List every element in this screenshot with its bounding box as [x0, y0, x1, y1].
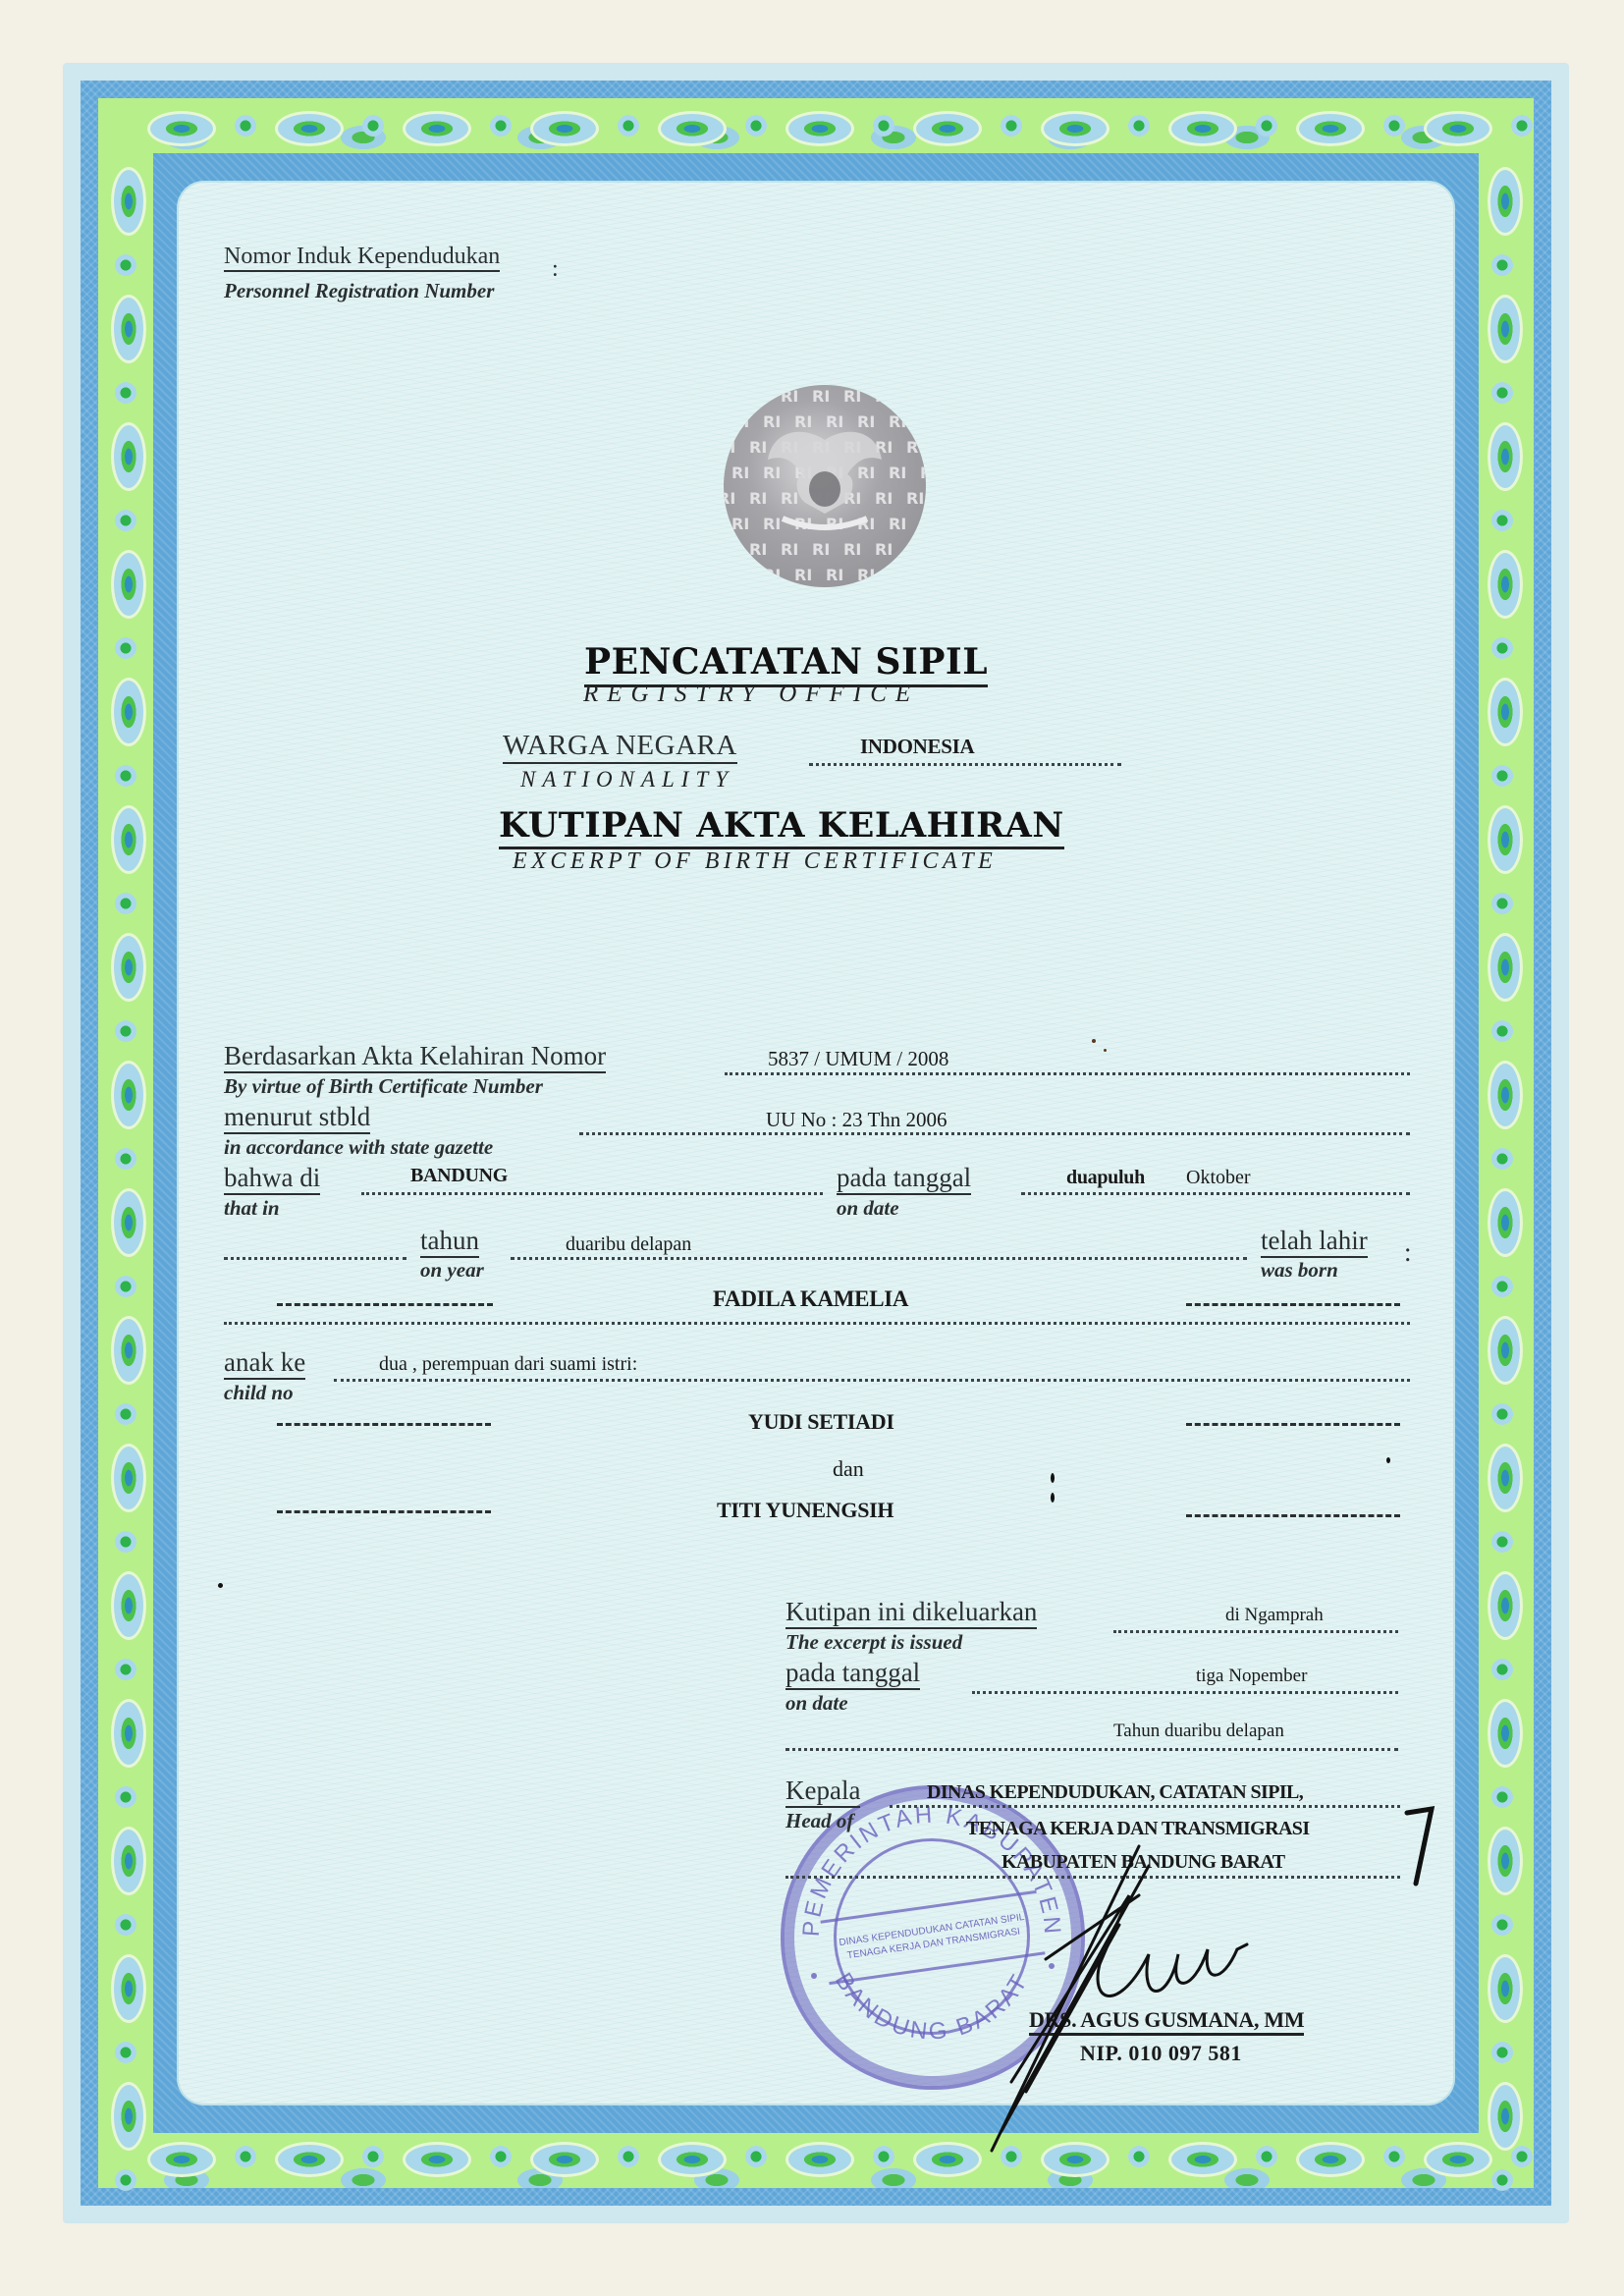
cert-number-value: 5837 / UMUM / 2008 [768, 1047, 948, 1071]
border-ornament [111, 422, 146, 491]
emblem-pattern-text: RI [906, 540, 924, 559]
border-ornament [1488, 678, 1523, 746]
emblem-pattern-text: RI [906, 438, 924, 457]
issued-year-dotted-line [785, 1748, 1398, 1751]
nik-label: Nomor Induk Kependudukan [224, 245, 500, 272]
border-ornament [1491, 1914, 1513, 1936]
border-ornament [618, 115, 639, 137]
border-ornament [111, 678, 146, 746]
emblem-pattern-text: RI [724, 540, 735, 559]
emblem-pattern-text: RI [889, 566, 906, 584]
border-ornament [1491, 1786, 1513, 1808]
office-line-1: DINAS KEPENDUDUKAN, CATATAN SIPIL, [927, 1781, 1303, 1804]
emblem-pattern-text: RI [731, 412, 749, 431]
emblem-pattern-text: RI [812, 540, 830, 559]
border-ornament [111, 933, 146, 1002]
border-ornament [111, 1061, 146, 1129]
border-ornament [873, 2146, 894, 2167]
emblem-pattern-text: RI [875, 540, 893, 559]
stain [1051, 1493, 1055, 1503]
office-line-1-dotted [890, 1805, 1400, 1808]
issued-year: Tahun duaribu delapan [1113, 1721, 1284, 1742]
birthdate-label-en: on date [837, 1198, 899, 1219]
border-ornament [785, 111, 854, 146]
border-ornament [1511, 2146, 1533, 2167]
initial-mark-icon [1402, 1803, 1441, 1891]
emblem-pattern-text: RI [906, 387, 924, 406]
born-label-en: was born [1261, 1260, 1338, 1281]
emblem-pattern-text: RI [920, 412, 926, 431]
mother-name: TITI YUNENGSIH [717, 1498, 893, 1523]
border-ornament [403, 111, 471, 146]
border-ornament [1488, 1699, 1523, 1768]
border-ornament [1001, 115, 1022, 137]
border-ornament [618, 2146, 639, 2167]
emblem-pattern-text: RI [731, 464, 749, 482]
border-ornament [115, 1786, 136, 1808]
emblem-pattern-text: RI [731, 515, 749, 533]
issued-label: Kutipan ini dikeluarkan [785, 1599, 1037, 1629]
child-name-left-dashes [277, 1303, 493, 1306]
border-ornament [1491, 1531, 1513, 1553]
border-ornament [1491, 1020, 1513, 1042]
father-right-dashes [1186, 1423, 1400, 1426]
birthyear-value: duaribu delapan [566, 1233, 691, 1256]
border-ornament [111, 1316, 146, 1385]
border-ornament [111, 1571, 146, 1640]
border-ornament [1488, 933, 1523, 1002]
garuda-icon [763, 420, 887, 538]
border-ornament [111, 1444, 146, 1512]
border-ornament [745, 115, 767, 137]
border-ornament [115, 1659, 136, 1680]
border-ornament [115, 765, 136, 787]
border-ornament [1488, 1188, 1523, 1257]
emblem-pattern-text: RI [749, 540, 767, 559]
document-title-en: EXCERPT OF BIRTH CERTIFICATE [513, 848, 997, 875]
border-ornament [1488, 295, 1523, 363]
border-ornament [658, 2142, 727, 2177]
nationality-dotted-line [809, 763, 1121, 766]
border-ornament [115, 1148, 136, 1170]
child-name-dotted-line [224, 1322, 1410, 1325]
emblem-pattern-text: RI [826, 566, 843, 584]
emblem-pattern-text: RI [920, 566, 926, 584]
border-ornament [1488, 1571, 1523, 1640]
border-ornament [1383, 2146, 1405, 2167]
issued-place: di Ngamprah [1225, 1605, 1324, 1626]
border-ornament [275, 111, 344, 146]
border-ornament [1488, 1316, 1523, 1385]
child-order-dotted-line [334, 1379, 1410, 1382]
border-ornament [1488, 805, 1523, 874]
gazette-dotted-line [579, 1132, 1410, 1135]
emblem-pattern-text: RI [812, 387, 830, 406]
border-ornament [115, 2042, 136, 2063]
border-ornament [115, 1914, 136, 1936]
issued-place-dotted-line [1113, 1630, 1398, 1633]
emblem-pattern-text: RI [763, 566, 781, 584]
border-ornament [111, 805, 146, 874]
emblem-pattern-text: RI [749, 387, 767, 406]
birthplace-label: bahwa di [224, 1165, 320, 1195]
gazette-value: UU No : 23 Thn 2006 [766, 1108, 947, 1132]
child-order-label-en: child no [224, 1383, 294, 1403]
birthdate-dotted-line [1021, 1192, 1410, 1195]
head-label: Kepala [785, 1777, 860, 1808]
border-ornament [275, 2142, 344, 2177]
issued-date-label: pada tanggal [785, 1660, 920, 1690]
cert-number-label: Berdasarkan Akta Kelahiran Nomor [224, 1043, 606, 1073]
border-ornament [115, 893, 136, 914]
border-ornament [1491, 637, 1513, 659]
border-ornament [111, 1699, 146, 1768]
border-ornament [1424, 111, 1492, 146]
head-label-en: Head of [785, 1811, 853, 1831]
gazette-label: menurut stbld [224, 1104, 370, 1134]
gazette-label-en: in accordance with state gazette [224, 1137, 493, 1158]
border-ornament [115, 382, 136, 404]
mother-left-dashes [277, 1510, 491, 1513]
border-ornament [1491, 254, 1513, 276]
border-ornament [1491, 510, 1513, 531]
born-colon: : [1404, 1239, 1412, 1266]
border-ornament [147, 111, 216, 146]
border-ornament [1491, 2169, 1513, 2191]
birthdate-month: Oktober [1186, 1167, 1251, 1189]
born-label: telah lahir [1261, 1228, 1368, 1258]
border-ornament [235, 2146, 256, 2167]
border-ornament [1488, 1954, 1523, 2023]
border-ornament [111, 550, 146, 619]
border-ornament [785, 2142, 854, 2177]
child-name: FADILA KAMELIA [713, 1286, 908, 1312]
emblem-pattern-text: RI [857, 566, 875, 584]
issued-date: tiga Nopember [1196, 1666, 1307, 1687]
father-left-dashes [277, 1423, 491, 1426]
cert-number-dotted-line [725, 1072, 1410, 1075]
birthyear-label: tahun [420, 1228, 479, 1258]
border-ornament [1488, 1061, 1523, 1129]
border-ornament [530, 111, 599, 146]
border-ornament [1488, 2082, 1523, 2151]
border-ornament [913, 111, 982, 146]
border-ornament [658, 111, 727, 146]
emblem-pattern-text: RI [843, 387, 861, 406]
border-ornament [490, 2146, 512, 2167]
border-ornament [1383, 115, 1405, 137]
border-ornament [1488, 422, 1523, 491]
stain [1051, 1473, 1055, 1483]
garuda-hologram-icon: RIRIRIRIRIRIRIRIRIRIRIRIRIRIRIRIRIRIRIRI… [724, 385, 926, 587]
border-ornament [403, 2142, 471, 2177]
birthdate-day: duapuluh [1066, 1167, 1145, 1189]
border-ornament [115, 1531, 136, 1553]
border-ornament [111, 2082, 146, 2151]
emblem-pattern-text: RI [781, 387, 798, 406]
child-order-value: dua , perempuan dari suami istri: [379, 1353, 637, 1376]
stain [1104, 1049, 1107, 1052]
border-ornament [115, 1403, 136, 1425]
nationality-value: INDONESIA [860, 735, 974, 759]
nik-colon: : [552, 257, 559, 281]
emblem-pattern-text: RI [906, 489, 924, 508]
border-ornament [1491, 1276, 1513, 1297]
birthyear-label-en: on year [420, 1260, 484, 1281]
border-ornament [1424, 2142, 1492, 2177]
border-ornament [111, 1188, 146, 1257]
emblem-pattern-text: RI [889, 412, 906, 431]
nationality-label-en: NATIONALITY [520, 767, 734, 793]
border-ornament [147, 2142, 216, 2177]
border-ornament [745, 2146, 767, 2167]
border-ornament [1511, 115, 1533, 137]
border-ornament [1491, 2042, 1513, 2063]
border-ornament [1128, 115, 1150, 137]
border-ornament [111, 295, 146, 363]
border-ornament [111, 1954, 146, 2023]
conjunction: dan [833, 1456, 864, 1482]
border-ornament [873, 115, 894, 137]
nik-label-en: Personnel Registration Number [224, 281, 494, 301]
stain [1092, 1039, 1096, 1043]
emblem-pattern-text: RI [794, 566, 812, 584]
cert-number-label-en: By virtue of Birth Certificate Number [224, 1076, 543, 1097]
child-order-label: anak ke [224, 1349, 305, 1380]
office-title-en: REGISTRY OFFICE [583, 681, 919, 708]
border-ornament [1041, 111, 1110, 146]
border-ornament [1491, 382, 1513, 404]
emblem-pattern-text: RI [875, 387, 893, 406]
emblem-pattern-text: RI [724, 489, 735, 508]
issued-label-en: The excerpt is issued [785, 1632, 962, 1653]
emblem-pattern-text: RI [724, 387, 735, 406]
border-ornament [1491, 765, 1513, 787]
stain [218, 1583, 223, 1588]
birthplace-value: BANDUNG [410, 1165, 508, 1187]
border-ornament [1491, 893, 1513, 914]
border-ornament [1488, 1444, 1523, 1512]
border-ornament [1491, 1403, 1513, 1425]
mother-right-dashes [1186, 1514, 1400, 1517]
emblem-pattern-text: RI [724, 438, 735, 457]
border-ornament [1491, 1148, 1513, 1170]
border-ornament [1491, 1659, 1513, 1680]
border-ornament [1296, 111, 1365, 146]
border-ornament [115, 510, 136, 531]
border-ornament [235, 115, 256, 137]
border-ornament [115, 1020, 136, 1042]
emblem-pattern-text: RI [731, 566, 749, 584]
emblem-pattern-text: RI [920, 515, 926, 533]
border-ornament [115, 1276, 136, 1297]
birthdate-label: pada tanggal [837, 1165, 971, 1195]
border-ornament [1256, 115, 1277, 137]
border-ornament [490, 115, 512, 137]
emblem-pattern-text: RI [843, 540, 861, 559]
document-title: KUTIPAN AKTA KELAHIRAN [499, 805, 1064, 849]
border-ornament [115, 637, 136, 659]
birthplace-dotted-line [361, 1192, 823, 1195]
stain [1386, 1457, 1390, 1463]
border-ornament [362, 115, 384, 137]
border-ornament [362, 2146, 384, 2167]
border-ornament [1488, 167, 1523, 236]
nationality-label: WARGA NEGARA [503, 732, 737, 764]
emblem-pattern-text: RI [889, 464, 906, 482]
birthyear-dotted-line [511, 1257, 1247, 1260]
child-name-right-dashes [1186, 1303, 1400, 1306]
border-ornament [530, 2142, 599, 2177]
birthplace-label-en: that in [224, 1198, 280, 1219]
border-ornament [111, 1827, 146, 1895]
border-ornament [1488, 550, 1523, 619]
issued-date-dotted-line [972, 1691, 1398, 1694]
emblem-pattern-text: RI [781, 540, 798, 559]
border-ornament [1488, 1827, 1523, 1895]
border-ornament [111, 167, 146, 236]
year-left-dotted-line [224, 1257, 406, 1260]
father-name: YUDI SETIADI [748, 1409, 894, 1435]
emblem-pattern-text: RI [889, 515, 906, 533]
border-ornament [115, 2169, 136, 2191]
signature-icon [972, 1836, 1345, 2160]
emblem-pattern-text: RI [920, 464, 926, 482]
border-ornament [115, 254, 136, 276]
border-ornament [1168, 111, 1237, 146]
issued-date-label-en: on date [785, 1693, 848, 1714]
